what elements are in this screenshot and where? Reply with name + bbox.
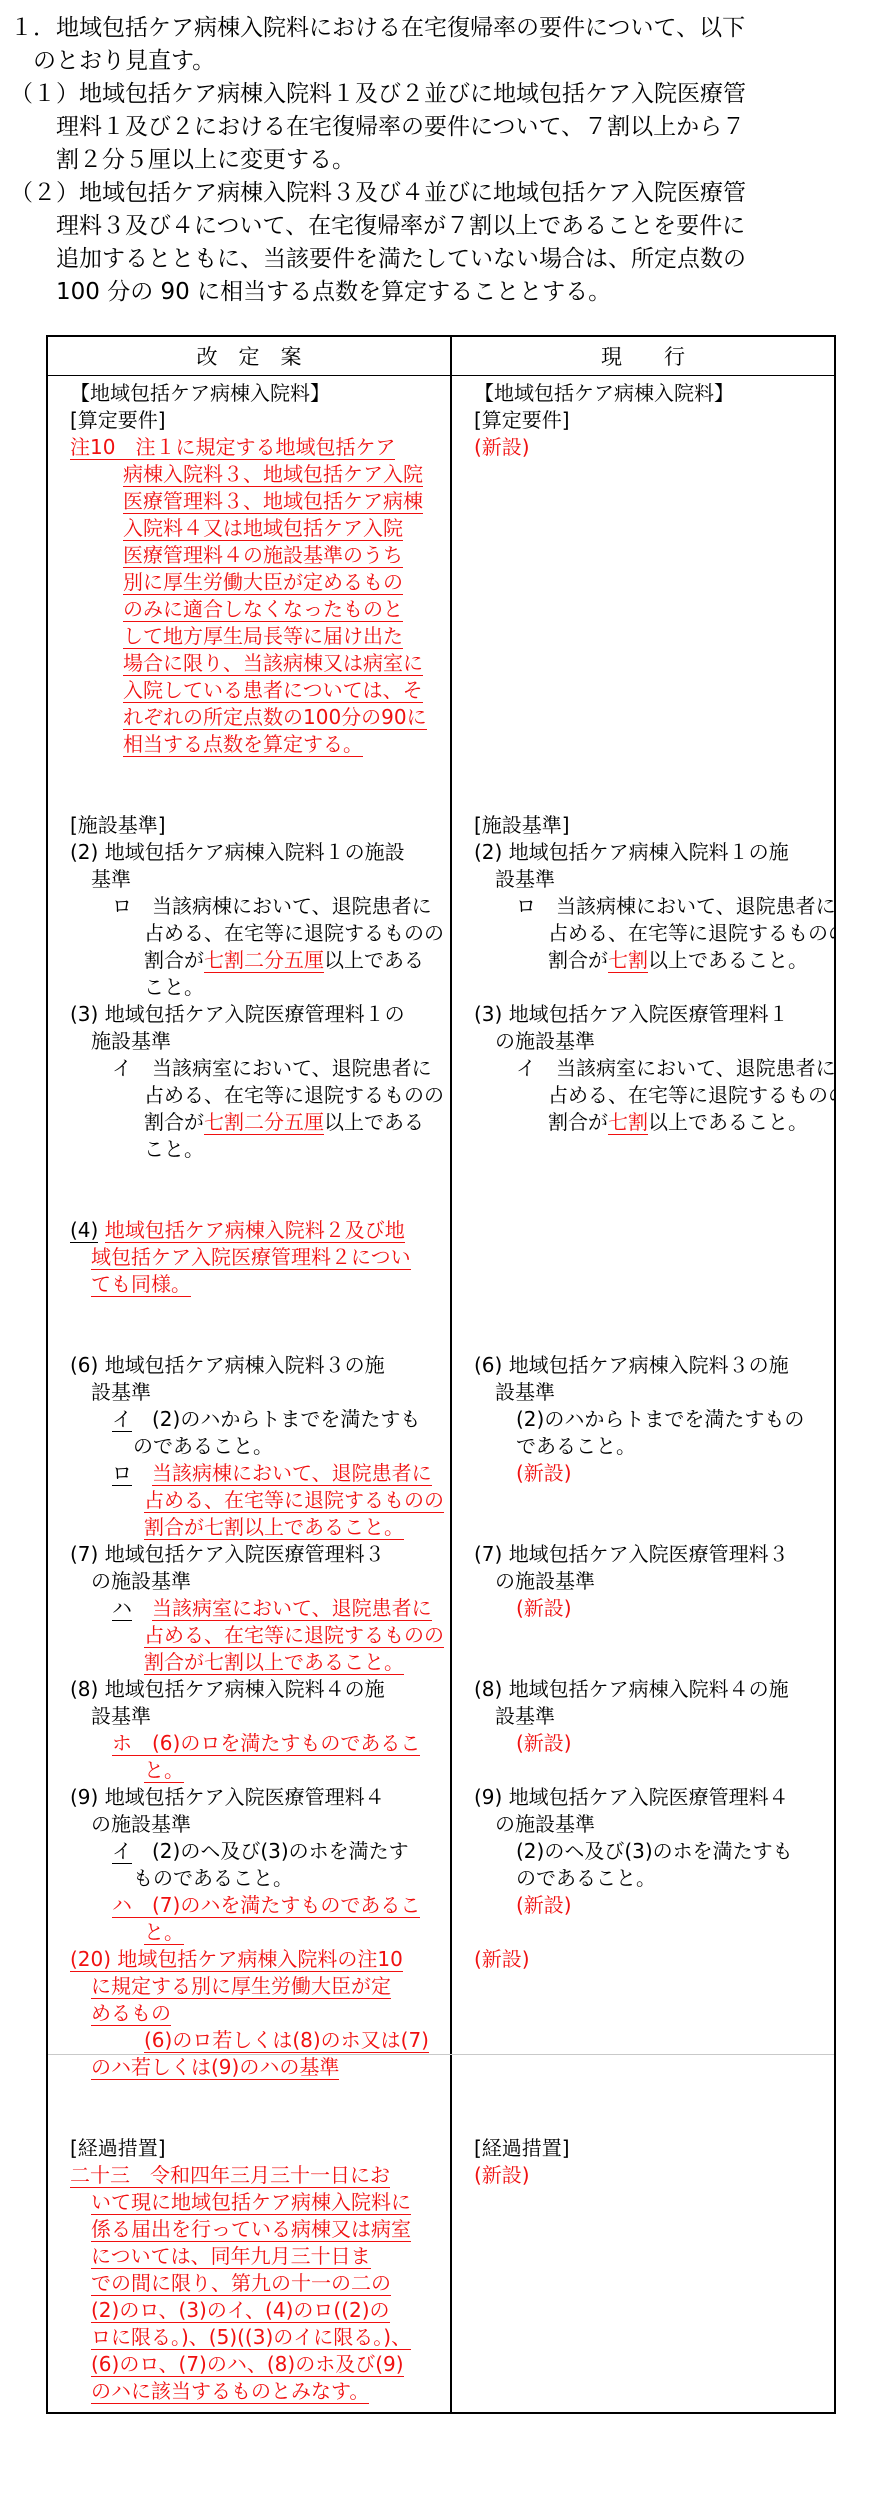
- table-line: 占める、在宅等に退院するものの: [474, 920, 828, 947]
- text-segment: 注10 注１に規定する地域包括ケア: [70, 435, 395, 460]
- text-segment: (2)のハからトまでを満たすも: [132, 1407, 420, 1431]
- table-line: であること。: [474, 1433, 828, 1460]
- table-line: 別に厚生労働大臣が定めるもの: [70, 569, 444, 596]
- current-cell: (2) 地域包括ケア病棟入院料１の施設基準ロ 当該病棟において、退院患者に占める…: [452, 839, 834, 1001]
- table-line: の施設基準: [474, 1811, 828, 1838]
- text-segment: 当該病棟において、退院患者に: [152, 1461, 432, 1486]
- table-line: [施設基準]: [70, 812, 444, 839]
- table-line: イ (2)のハからトまでを満たすも: [70, 1406, 444, 1433]
- text-segment: 病棟入院料３、地域包括ケア入院: [123, 462, 423, 487]
- text-segment: (6)のロ、(7)のハ、(8)のホ及び(9): [91, 2352, 404, 2377]
- text-segment: (8) 地域包括ケア病棟入院料４の施: [70, 1677, 385, 1701]
- table-line: のみに適合しなくなったものと: [70, 596, 444, 623]
- table-line: 係る届出を行っている病棟又は病室: [70, 2216, 444, 2243]
- table-line: イ 当該病室において、退院患者に: [474, 1055, 828, 1082]
- table-line: 医療管理料４の施設基準のうち: [70, 542, 444, 569]
- text-segment: イ 当該病室において、退院患者に: [112, 1056, 432, 1080]
- text-segment: 設基準: [91, 1380, 151, 1404]
- text-segment: 占める、在宅等に退院するものの: [548, 1083, 834, 1107]
- current-cell: [452, 1217, 834, 1352]
- text-segment: (2)のヘ及び(3)のホを満たす: [132, 1839, 409, 1863]
- table-line: 占める、在宅等に退院するものの: [70, 920, 444, 947]
- table-line: 入院している患者については、そ: [70, 677, 444, 704]
- table-row-group: (6) 地域包括ケア病棟入院料３の施設基準イ (2)のハからトまでを満たすもので…: [48, 1352, 834, 1541]
- text-segment: 割合が七割以上であること。: [144, 1650, 404, 1675]
- table-line: (6) 地域包括ケア病棟入院料３の施: [70, 1352, 444, 1379]
- table-line: 占める、在宅等に退院するものの: [70, 1487, 444, 1514]
- text-segment: [算定要件]: [474, 408, 570, 432]
- text-segment: 割合が七割以上であること。: [144, 1515, 404, 1540]
- table-line: いて現に地域包括ケア病棟入院料に: [70, 2189, 444, 2216]
- intro-paragraph: １．地域包括ケア病棟入院料における在宅復帰率の要件について、以下のとおり見直す。…: [0, 0, 880, 309]
- table-line: と。: [70, 1919, 444, 1946]
- current-cell: (7) 地域包括ケア入院医療管理料３の施設基準(新設): [452, 1541, 834, 1676]
- table-line: イ 当該病室において、退院患者に: [70, 1055, 444, 1082]
- table-line: (新設): [474, 1595, 828, 1622]
- text-segment: 設基準: [495, 867, 555, 891]
- text-segment: と。: [144, 1758, 184, 1783]
- text-segment: 当該病室において、退院患者に: [152, 1596, 432, 1621]
- table-row-group: (7) 地域包括ケア入院医療管理料３の施設基準ハ 当該病室において、退院患者に占…: [48, 1541, 834, 1676]
- table-line: (新設): [474, 1730, 828, 1757]
- text-segment: 占める、在宅等に退院するものの: [144, 1488, 444, 1513]
- current-cell: 【地域包括ケア病棟入院料】[算定要件]: [452, 376, 834, 434]
- table-line: 割合が七割以上であること。: [70, 1514, 444, 1541]
- table-line: 設基準: [70, 1703, 444, 1730]
- table-line: のハ若しくは(9)のハの基準: [70, 2054, 444, 2081]
- text-segment: 七割二分五厘: [204, 948, 324, 973]
- text-segment: 割合が: [144, 1110, 204, 1134]
- text-segment: (9) 地域包括ケア入院医療管理料４: [70, 1785, 385, 1809]
- text-segment: 【地域包括ケア病棟入院料】: [474, 381, 734, 405]
- text-segment: 二十三 令和四年三月三十一日にお: [70, 2163, 390, 2188]
- table-line: 病棟入院料３、地域包括ケア入院: [70, 461, 444, 488]
- proposed-cell: (9) 地域包括ケア入院医療管理料４の施設基準イ (2)のヘ及び(3)のホを満た…: [48, 1784, 452, 1946]
- table-row-group: (2) 地域包括ケア病棟入院料１の施設基準ロ 当該病棟において、退院患者に占める…: [48, 839, 834, 1001]
- text-segment: [132, 1596, 152, 1620]
- text-segment: に規定する別に厚生労働大臣が定: [91, 1974, 391, 1999]
- table-header-current: 現 行: [452, 337, 834, 375]
- text-segment: ハ: [112, 1596, 132, 1621]
- proposed-cell: 【地域包括ケア病棟入院料】[算定要件]: [48, 376, 452, 434]
- text-segment: (2)のロ、(3)のイ、(4)のロ((2)の: [91, 2298, 390, 2323]
- table-line: れぞれの所定点数の100分の90に: [70, 704, 444, 731]
- table-header-proposed: 改 定 案: [48, 337, 452, 375]
- table-line: (新設): [474, 2162, 828, 2189]
- text-segment: 占める、在宅等に退院するものの: [548, 921, 834, 945]
- text-segment: (7) 地域包括ケア入院医療管理料３: [474, 1542, 789, 1566]
- table-line: 割合が七割二分五厘以上である: [70, 1109, 444, 1136]
- text-segment: 施設基準: [91, 1029, 171, 1053]
- table-line: (2) 地域包括ケア病棟入院料１の施: [474, 839, 828, 866]
- intro-line: （２）地域包括ケア病棟入院料３及び４並びに地域包括ケア入院医療管: [10, 177, 874, 210]
- table-line: (新設): [474, 1460, 828, 1487]
- table-line: ハ 当該病室において、退院患者に: [70, 1595, 444, 1622]
- text-segment: ロ: [112, 1461, 132, 1486]
- proposed-cell: 注10 注１に規定する地域包括ケア病棟入院料３、地域包括ケア入院医療管理料３、地…: [48, 434, 452, 812]
- proposed-cell: (6) 地域包括ケア病棟入院料３の施設基準イ (2)のハからトまでを満たすもので…: [48, 1352, 452, 1541]
- table-line: での間に限り、第九の十一の二の: [70, 2270, 444, 2297]
- text-segment: 占める、在宅等に退院するものの: [144, 921, 444, 945]
- text-segment: [施設基準]: [474, 813, 570, 837]
- table-line: (8) 地域包括ケア病棟入院料４の施: [474, 1676, 828, 1703]
- text-segment: (新設): [474, 435, 530, 459]
- table-line: ロ 当該病棟において、退院患者に: [474, 893, 828, 920]
- text-segment: のハ若しくは(9)のハの基準: [91, 2055, 339, 2080]
- table-line: 二十三 令和四年三月三十一日にお: [70, 2162, 444, 2189]
- table-line: [施設基準]: [474, 812, 828, 839]
- table-line: (8) 地域包括ケア病棟入院料４の施: [70, 1676, 444, 1703]
- text-segment: の施設基準: [91, 1812, 191, 1836]
- text-segment: 七割二分五厘: [204, 1110, 324, 1135]
- table-row-group: (20) 地域包括ケア病棟入院料の注10に規定する別に厚生労働大臣が定めるもの(…: [48, 1946, 834, 2135]
- table-line: (7) 地域包括ケア入院医療管理料３: [70, 1541, 444, 1568]
- text-segment: 相当する点数を算定する。: [123, 732, 363, 757]
- table-row-group: [経過措置]二十三 令和四年三月三十一日において現に地域包括ケア病棟入院料に係る…: [48, 2135, 834, 2412]
- text-segment: ものであること。: [133, 1866, 293, 1890]
- text-segment: いて現に地域包括ケア病棟入院料に: [91, 2190, 411, 2215]
- table-line: ロ 当該病棟において、退院患者に: [70, 893, 444, 920]
- text-segment: (新設): [516, 1893, 572, 1917]
- text-segment: (7) 地域包括ケア入院医療管理料３: [70, 1542, 385, 1566]
- text-segment: (新設): [516, 1596, 572, 1620]
- table-line: 占める、在宅等に退院するものの: [474, 1082, 828, 1109]
- current-cell: [施設基準]: [452, 812, 834, 839]
- table-line: 設基準: [70, 1379, 444, 1406]
- text-segment: 以上である: [324, 1110, 424, 1134]
- table-line: (6)のロ、(7)のハ、(8)のホ及び(9): [70, 2351, 444, 2378]
- table-line: 割合が七割以上であること。: [474, 1109, 828, 1136]
- text-segment: [98, 1218, 104, 1242]
- text-segment: 七割: [608, 948, 648, 973]
- text-segment: 割合が: [548, 948, 608, 972]
- proposed-cell: (2) 地域包括ケア病棟入院料１の施設基準ロ 当該病棟において、退院患者に占める…: [48, 839, 452, 1001]
- text-segment: 医療管理料３、地域包括ケア病棟: [123, 489, 423, 514]
- text-segment: 割合が: [548, 1110, 608, 1134]
- text-segment: [施設基準]: [70, 813, 166, 837]
- table-row-group: (4) 地域包括ケア病棟入院料２及び地域包括ケア入院医療管理料２についても同様。: [48, 1217, 834, 1352]
- table-line: に規定する別に厚生労働大臣が定: [70, 1973, 444, 2000]
- text-segment: (3) 地域包括ケア入院医療管理料１: [474, 1002, 789, 1026]
- text-segment: [経過措置]: [70, 2136, 166, 2160]
- table-line: 設基準: [474, 1703, 828, 1730]
- text-segment: 以上である: [324, 948, 424, 972]
- text-segment: ハ (7)のハを満たすものであるこ: [112, 1893, 420, 1918]
- text-segment: 域包括ケア入院医療管理料２につい: [91, 1245, 411, 1270]
- table-line: のであること。: [474, 1865, 828, 1892]
- table-line: (7) 地域包括ケア入院医療管理料３: [474, 1541, 828, 1568]
- current-cell: (3) 地域包括ケア入院医療管理料１の施設基準イ 当該病室において、退院患者に占…: [452, 1001, 834, 1217]
- table-line: 相当する点数を算定する。: [70, 731, 444, 758]
- current-cell: (9) 地域包括ケア入院医療管理料４の施設基準(2)のヘ及び(3)のホを満たすも…: [452, 1784, 834, 1946]
- table-line: (2)のロ、(3)のイ、(4)のロ((2)の: [70, 2297, 444, 2324]
- proposed-cell: (7) 地域包括ケア入院医療管理料３の施設基準ハ 当該病室において、退院患者に占…: [48, 1541, 452, 1676]
- text-segment: [132, 1461, 152, 1485]
- table-line: (2)のヘ及び(3)のホを満たすも: [474, 1838, 828, 1865]
- table-line: (2) 地域包括ケア病棟入院料１の施設: [70, 839, 444, 866]
- table-line: (9) 地域包括ケア入院医療管理料４: [70, 1784, 444, 1811]
- text-segment: であること。: [516, 1434, 636, 1458]
- text-segment: ロ 当該病棟において、退院患者に: [112, 894, 432, 918]
- text-segment: の施設基準: [495, 1029, 595, 1053]
- table-line: 割合が七割以上であること。: [70, 1649, 444, 1676]
- table-line: 施設基準: [70, 1028, 444, 1055]
- table-line: (3) 地域包括ケア入院医療管理料１の: [70, 1001, 444, 1028]
- table-line: の施設基準: [474, 1568, 828, 1595]
- table-line: [算定要件]: [474, 407, 828, 434]
- table-line: ホ (6)のロを満たすものであるこ: [70, 1730, 444, 1757]
- table-row-group: 注10 注１に規定する地域包括ケア病棟入院料３、地域包括ケア入院医療管理料３、地…: [48, 434, 834, 812]
- proposed-cell: (4) 地域包括ケア病棟入院料２及び地域包括ケア入院医療管理料２についても同様。: [48, 1217, 452, 1352]
- table-line: ても同様。: [70, 1271, 444, 1298]
- text-segment: (新設): [474, 1947, 530, 1971]
- text-segment: については、同年九月三十日ま: [91, 2244, 371, 2269]
- table-line: 場合に限り、当該病棟又は病室に: [70, 650, 444, 677]
- text-segment: (6)のロ若しくは(8)のホ又は(7): [144, 2028, 429, 2053]
- text-segment: 七割: [608, 1110, 648, 1135]
- current-cell: (新設): [452, 434, 834, 812]
- text-segment: (2) 地域包括ケア病棟入院料１の施設: [70, 840, 405, 864]
- proposed-cell: [施設基準]: [48, 812, 452, 839]
- text-segment: のみに適合しなくなったものと: [123, 597, 403, 622]
- page-break-line: [48, 2054, 834, 2055]
- intro-line: 割２分５厘以上に変更する。: [10, 144, 874, 177]
- text-segment: イ 当該病室において、退院患者に: [516, 1056, 834, 1080]
- table-row-group: (8) 地域包括ケア病棟入院料４の施設基準ホ (6)のロを満たすものであること。…: [48, 1676, 834, 1784]
- text-segment: 基準: [91, 867, 131, 891]
- table-line: (新設): [474, 1892, 828, 1919]
- text-segment: 係る届出を行っている病棟又は病室: [91, 2217, 411, 2242]
- table-line: (新設): [474, 434, 828, 461]
- text-segment: 占める、在宅等に退院するものの: [144, 1623, 444, 1648]
- current-cell: (6) 地域包括ケア病棟入院料３の施設基準(2)のハからトまでを満たすものである…: [452, 1352, 834, 1541]
- proposed-cell: (8) 地域包括ケア病棟入院料４の施設基準ホ (6)のロを満たすものであること。: [48, 1676, 452, 1784]
- proposed-cell: (3) 地域包括ケア入院医療管理料１の施設基準イ 当該病室において、退院患者に占…: [48, 1001, 452, 1217]
- text-segment: 割合が: [144, 948, 204, 972]
- text-segment: めるもの: [91, 2001, 171, 2026]
- text-segment: のであること。: [133, 1434, 273, 1458]
- table-line: こと。: [70, 974, 444, 1001]
- intro-line: 理料１及び２における在宅復帰率の要件について、７割以上から７: [10, 111, 874, 144]
- table-line: の施設基準: [70, 1811, 444, 1838]
- text-segment: イ: [112, 1839, 132, 1864]
- table-line: については、同年九月三十日ま: [70, 2243, 444, 2270]
- text-segment: 占める、在宅等に退院するものの: [144, 1083, 444, 1107]
- text-segment: こと。: [144, 975, 204, 999]
- table-line: [経過措置]: [70, 2135, 444, 2162]
- table-line: 域包括ケア入院医療管理料２につい: [70, 1244, 444, 1271]
- table-line: [経過措置]: [474, 2135, 828, 2162]
- text-segment: (新設): [516, 1461, 572, 1485]
- table-line: 【地域包括ケア病棟入院料】: [70, 380, 444, 407]
- text-segment: (6) 地域包括ケア病棟入院料３の施: [70, 1353, 385, 1377]
- text-segment: [算定要件]: [70, 408, 166, 432]
- text-segment: こと。: [144, 1137, 204, 1161]
- table-line: (3) 地域包括ケア入院医療管理料１: [474, 1001, 828, 1028]
- text-segment: の施設基準: [495, 1812, 595, 1836]
- text-segment: 医療管理料４の施設基準のうち: [123, 543, 403, 568]
- text-segment: と。: [144, 1920, 184, 1945]
- intro-line: のとおり見直す。: [10, 45, 874, 78]
- text-segment: ホ (6)のロを満たすものであるこ: [112, 1731, 420, 1756]
- table-line: 割合が七割二分五厘以上である: [70, 947, 444, 974]
- text-segment: (2)のハからトまでを満たすもの: [516, 1407, 804, 1431]
- intro-line: （１）地域包括ケア病棟入院料１及び２並びに地域包括ケア入院医療管: [10, 78, 874, 111]
- intro-line: １．地域包括ケア病棟入院料における在宅復帰率の要件について、以下: [10, 12, 874, 45]
- text-segment: 入院料４又は地域包括ケア入院: [123, 516, 403, 541]
- text-segment: ても同様。: [91, 1272, 191, 1297]
- table-line: の施設基準: [474, 1028, 828, 1055]
- table-line: (6)のロ若しくは(8)のホ又は(7): [70, 2027, 444, 2054]
- table-line: [算定要件]: [70, 407, 444, 434]
- proposed-cell: [経過措置]二十三 令和四年三月三十一日において現に地域包括ケア病棟入院料に係る…: [48, 2135, 452, 2412]
- table-row-group: (3) 地域包括ケア入院医療管理料１の施設基準イ 当該病室において、退院患者に占…: [48, 1001, 834, 1217]
- table-line: の施設基準: [70, 1568, 444, 1595]
- table-row-group: [施設基準][施設基準]: [48, 812, 834, 839]
- current-cell: [経過措置](新設): [452, 2135, 834, 2412]
- table-line: ものであること。: [70, 1865, 444, 1892]
- table-line: 注10 注１に規定する地域包括ケア: [70, 434, 444, 461]
- table-line: (20) 地域包括ケア病棟入院料の注10: [70, 1946, 444, 1973]
- table-line: 医療管理料３、地域包括ケア病棟: [70, 488, 444, 515]
- table-line: (2)のハからトまでを満たすもの: [474, 1406, 828, 1433]
- table-line: ロに限る。)、(5)((3)のイに限る。)、: [70, 2324, 444, 2351]
- text-segment: (新設): [474, 2163, 530, 2187]
- text-segment: ロに限る。)、(5)((3)のイに限る。)、: [91, 2325, 411, 2350]
- text-segment: (2)のヘ及び(3)のホを満たすも: [516, 1839, 793, 1863]
- text-segment: ロ 当該病棟において、退院患者に: [516, 894, 834, 918]
- table-row-group: 【地域包括ケア病棟入院料】[算定要件]【地域包括ケア病棟入院料】[算定要件]: [48, 376, 834, 434]
- current-cell: (8) 地域包括ケア病棟入院料４の施設基準(新設): [452, 1676, 834, 1784]
- table-line: 基準: [70, 866, 444, 893]
- revision-comparison-table: 改 定 案 現 行 【地域包括ケア病棟入院料】[算定要件]【地域包括ケア病棟入院…: [46, 335, 836, 2414]
- table-line: 占める、在宅等に退院するものの: [70, 1622, 444, 1649]
- table-line: めるもの: [70, 2000, 444, 2027]
- table-line: 【地域包括ケア病棟入院料】: [474, 380, 828, 407]
- intro-line: 追加するとともに、当該要件を満たしていない場合は、所定点数の: [10, 243, 874, 276]
- text-segment: イ: [112, 1407, 132, 1432]
- text-segment: 以上であること。: [648, 948, 808, 972]
- text-segment: の施設基準: [91, 1569, 191, 1593]
- text-segment: (2) 地域包括ケア病棟入院料１の施: [474, 840, 789, 864]
- text-segment: の施設基準: [495, 1569, 595, 1593]
- table-row-group: (9) 地域包括ケア入院医療管理料４の施設基準イ (2)のヘ及び(3)のホを満た…: [48, 1784, 834, 1946]
- table-line: (6) 地域包括ケア病棟入院料３の施: [474, 1352, 828, 1379]
- table-line: 入院料４又は地域包括ケア入院: [70, 515, 444, 542]
- table-line: 割合が七割以上であること。: [474, 947, 828, 974]
- text-segment: 設基準: [495, 1380, 555, 1404]
- text-segment: のであること。: [516, 1866, 656, 1890]
- text-segment: (8) 地域包括ケア病棟入院料４の施: [474, 1677, 789, 1701]
- text-segment: (9) 地域包括ケア入院医療管理料４: [474, 1785, 789, 1809]
- text-segment: (新設): [516, 1731, 572, 1755]
- text-segment: 入院している患者については、そ: [123, 678, 423, 703]
- table-line: して地方厚生局長等に届け出た: [70, 623, 444, 650]
- table-line: 設基準: [474, 866, 828, 893]
- text-segment: (4): [70, 1218, 98, 1243]
- table-line: のであること。: [70, 1433, 444, 1460]
- table-line: と。: [70, 1757, 444, 1784]
- text-segment: (3) 地域包括ケア入院医療管理料１の: [70, 1002, 405, 1026]
- table-line: (4) 地域包括ケア病棟入院料２及び地: [70, 1217, 444, 1244]
- table-line: 占める、在宅等に退院するものの: [70, 1082, 444, 1109]
- text-segment: (20) 地域包括ケア病棟入院料の注10: [70, 1947, 403, 1972]
- text-segment: 別に厚生労働大臣が定めるもの: [123, 570, 403, 595]
- intro-line: 100 分の 90 に相当する点数を算定することとする。: [10, 276, 874, 309]
- table-line: のハに該当するものとみなす。: [70, 2378, 444, 2405]
- text-segment: のハに該当するものとみなす。: [91, 2379, 369, 2404]
- table-line: ハ (7)のハを満たすものであるこ: [70, 1892, 444, 1919]
- text-segment: 以上であること。: [648, 1110, 808, 1134]
- text-segment: 【地域包括ケア病棟入院料】: [70, 381, 330, 405]
- table-line: (9) 地域包括ケア入院医療管理料４: [474, 1784, 828, 1811]
- intro-line: 理料３及び４について、在宅復帰率が７割以上であることを要件に: [10, 210, 874, 243]
- text-segment: 場合に限り、当該病棟又は病室に: [123, 651, 423, 676]
- text-segment: 地域包括ケア病棟入院料２及び地: [105, 1218, 405, 1243]
- table-line: ロ 当該病棟において、退院患者に: [70, 1460, 444, 1487]
- table-line: 設基準: [474, 1379, 828, 1406]
- table-header-row: 改 定 案 現 行: [48, 337, 834, 376]
- table-line: イ (2)のヘ及び(3)のホを満たす: [70, 1838, 444, 1865]
- text-segment: して地方厚生局長等に届け出た: [123, 624, 403, 649]
- table-line: (新設): [474, 1946, 828, 1973]
- current-cell: (新設): [452, 1946, 834, 2135]
- table-body: 【地域包括ケア病棟入院料】[算定要件]【地域包括ケア病棟入院料】[算定要件]注1…: [48, 376, 834, 2412]
- proposed-cell: (20) 地域包括ケア病棟入院料の注10に規定する別に厚生労働大臣が定めるもの(…: [48, 1946, 452, 2135]
- table-line: こと。: [70, 1136, 444, 1163]
- text-segment: [経過措置]: [474, 2136, 570, 2160]
- text-segment: 設基準: [91, 1704, 151, 1728]
- text-segment: での間に限り、第九の十一の二の: [91, 2271, 391, 2296]
- text-segment: (6) 地域包括ケア病棟入院料３の施: [474, 1353, 789, 1377]
- text-segment: れぞれの所定点数の100分の90に: [123, 705, 427, 730]
- text-segment: 設基準: [495, 1704, 555, 1728]
